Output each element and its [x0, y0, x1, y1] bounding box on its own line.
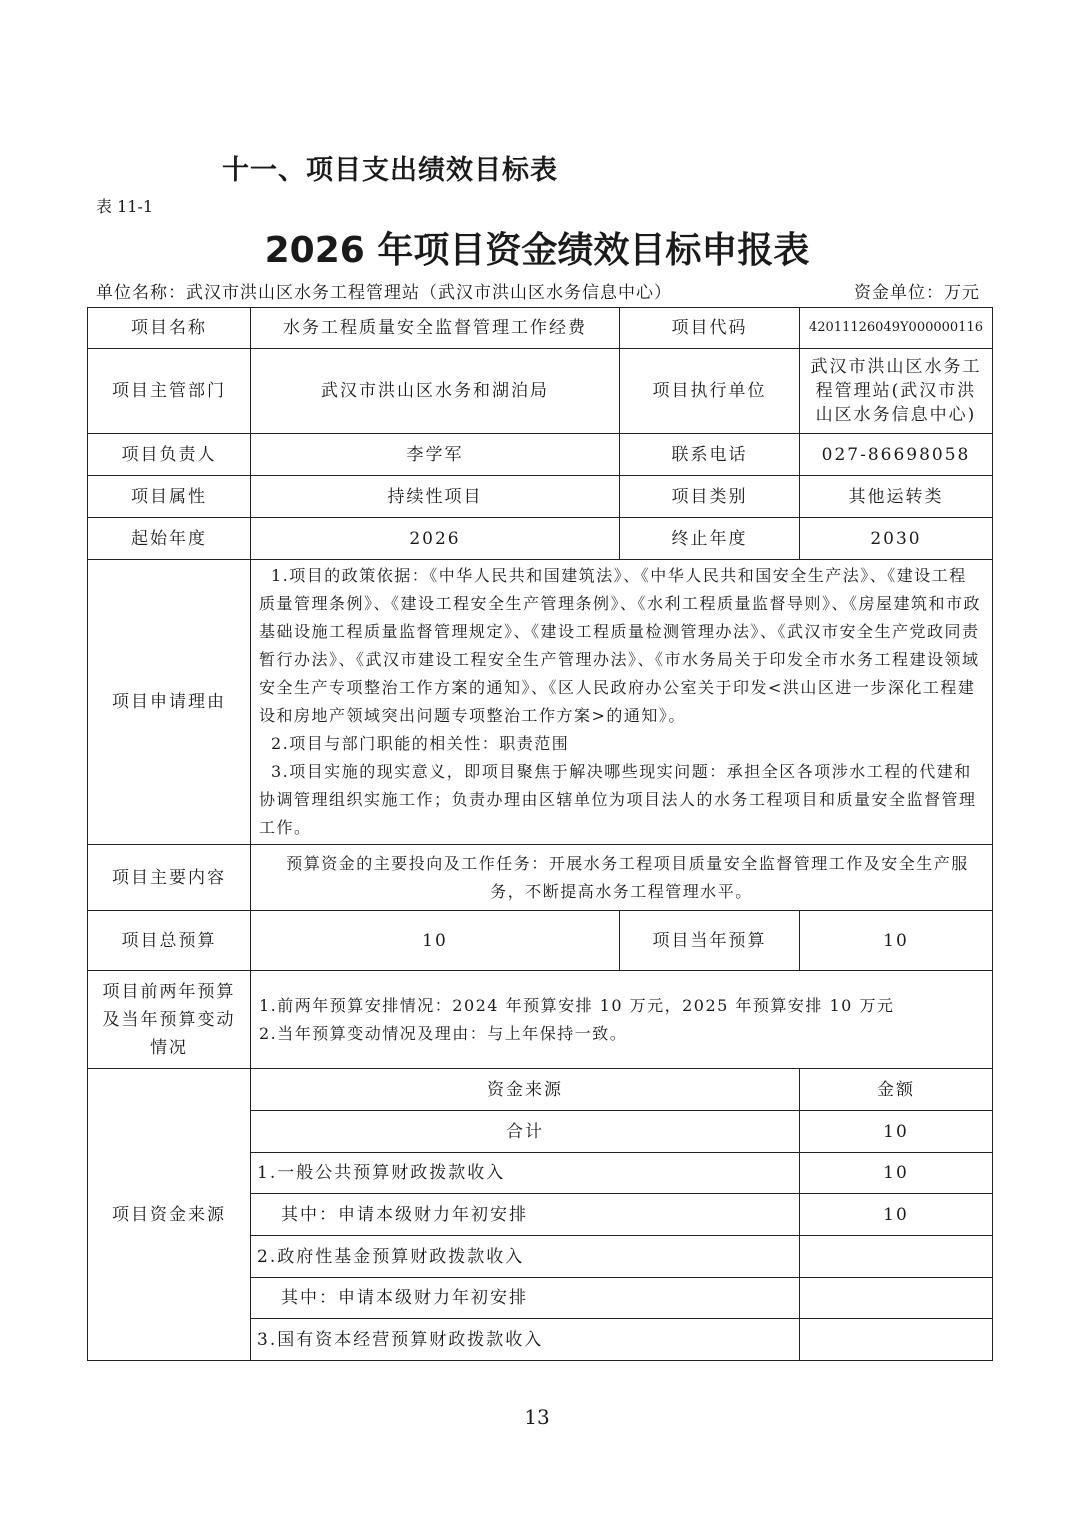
cell-value: 武汉市洪山区水务和湖泊局 [251, 349, 620, 434]
cell-label: 项目申请理由 [88, 560, 251, 845]
cell-value: 水务工程质量安全监督管理工作经费 [251, 308, 620, 349]
unit-line: 单位名称：武汉市洪山区水务工程管理站（武汉市洪山区水务信息中心） 资金单位：万元 [96, 278, 980, 303]
cell-label: 项目名称 [88, 308, 251, 349]
cell-label: 项目执行单位 [620, 349, 800, 434]
cell-label: 项目当年预算 [620, 911, 800, 971]
cell-label: 联系电话 [620, 434, 800, 476]
table-row: 项目主要内容 预算资金的主要投向及工作任务：开展水务工程项目质量安全监督管理工作… [88, 845, 993, 911]
table-row: 项目总预算 10 项目当年预算 10 [88, 911, 993, 971]
cell-value: 42011126049Y000000116 [800, 308, 993, 349]
funds-header-source: 资金来源 [251, 1069, 800, 1111]
cell-label: 项目负责人 [88, 434, 251, 476]
funds-header-amount: 金额 [800, 1069, 993, 1111]
reason-paragraph-1: 1.项目的政策依据：《中华人民共和国建筑法》、《中华人民共和国安全生产法》、《建… [259, 562, 984, 730]
table-row: 起始年度 2026 终止年度 2030 [88, 518, 993, 560]
funds-source: 3.国有资本经营预算财政拨款收入 [251, 1319, 800, 1361]
funds-amount: 10 [800, 1111, 993, 1153]
funds-source: 1.一般公共预算财政拨款收入 [251, 1153, 800, 1194]
cell-value: 持续性项目 [251, 476, 620, 518]
cell-label: 终止年度 [620, 518, 800, 560]
cell-label: 项目前两年预算及当年预算变动情况 [88, 971, 251, 1069]
cell-value: 10 [251, 911, 620, 971]
funds-amount [800, 1319, 993, 1361]
funds-source: 其中：申请本级财力年初安排 [251, 1194, 800, 1236]
cell-label: 项目总预算 [88, 911, 251, 971]
unit-name: 单位名称：武汉市洪山区水务工程管理站（武汉市洪山区水务信息中心） [96, 278, 672, 303]
cell-value: 其他运转类 [800, 476, 993, 518]
cell-label: 起始年度 [88, 518, 251, 560]
cell-value: 10 [800, 911, 993, 971]
cell-value: 李学军 [251, 434, 620, 476]
funds-source: 2.政府性基金预算财政拨款收入 [251, 1236, 800, 1278]
cell-label: 项目类别 [620, 476, 800, 518]
table-row: 项目资金来源 资金来源 金额 [88, 1069, 993, 1111]
table-number: 表 11-1 [96, 194, 153, 217]
prev-budget-line-2: 2.当年预算变动情况及理由：与上年保持一致。 [259, 1020, 984, 1048]
reason-cell: 1.项目的政策依据：《中华人民共和国建筑法》、《中华人民共和国安全生产法》、《建… [251, 560, 993, 845]
cell-label: 项目属性 [88, 476, 251, 518]
funds-amount: 10 [800, 1194, 993, 1236]
funds-amount [800, 1278, 993, 1319]
table-row: 项目主管部门 武汉市洪山区水务和湖泊局 项目执行单位 武汉市洪山区水务工程管理站… [88, 349, 993, 434]
table-row: 项目申请理由 1.项目的政策依据：《中华人民共和国建筑法》、《中华人民共和国安全… [88, 560, 993, 845]
currency-unit: 资金单位：万元 [854, 278, 980, 303]
cell-label: 项目代码 [620, 308, 800, 349]
funds-amount: 10 [800, 1153, 993, 1194]
cell-value: 武汉市洪山区水务工程管理站(武汉市洪山区水务信息中心) [800, 349, 993, 434]
table-row: 项目前两年预算及当年预算变动情况 1.前两年预算安排情况：2024 年预算安排 … [88, 971, 993, 1069]
funds-source: 其中：申请本级财力年初安排 [251, 1278, 800, 1319]
cell-label: 项目资金来源 [88, 1069, 251, 1361]
prev-budget-cell: 1.前两年预算安排情况：2024 年预算安排 10 万元，2025 年预算安排 … [251, 971, 993, 1069]
content-cell: 预算资金的主要投向及工作任务：开展水务工程项目质量安全监督管理工作及安全生产服务… [251, 845, 993, 911]
cell-value: 2030 [800, 518, 993, 560]
funds-amount [800, 1236, 993, 1278]
page-title: 2026 年项目资金绩效目标申报表 [0, 222, 1074, 273]
cell-value: 2026 [251, 518, 620, 560]
table-row: 项目属性 持续性项目 项目类别 其他运转类 [88, 476, 993, 518]
section-title: 十一、项目支出绩效目标表 [222, 148, 558, 187]
table-row: 项目名称 水务工程质量安全监督管理工作经费 项目代码 42011126049Y0… [88, 308, 993, 349]
cell-value: 027-86698058 [800, 434, 993, 476]
table-row: 项目负责人 李学军 联系电话 027-86698058 [88, 434, 993, 476]
cell-label: 项目主管部门 [88, 349, 251, 434]
funds-source: 合计 [251, 1111, 800, 1153]
reason-paragraph-3: 3.项目实施的现实意义，即项目聚焦于解决哪些现实问题：承担全区各项涉水工程的代建… [259, 758, 984, 842]
reason-paragraph-2: 2.项目与部门职能的相关性：职责范围 [259, 730, 984, 758]
performance-target-table: 项目名称 水务工程质量安全监督管理工作经费 项目代码 42011126049Y0… [87, 307, 993, 1361]
cell-label: 项目主要内容 [88, 845, 251, 911]
prev-budget-line-1: 1.前两年预算安排情况：2024 年预算安排 10 万元，2025 年预算安排 … [259, 992, 984, 1020]
page-number: 13 [0, 1405, 1074, 1429]
